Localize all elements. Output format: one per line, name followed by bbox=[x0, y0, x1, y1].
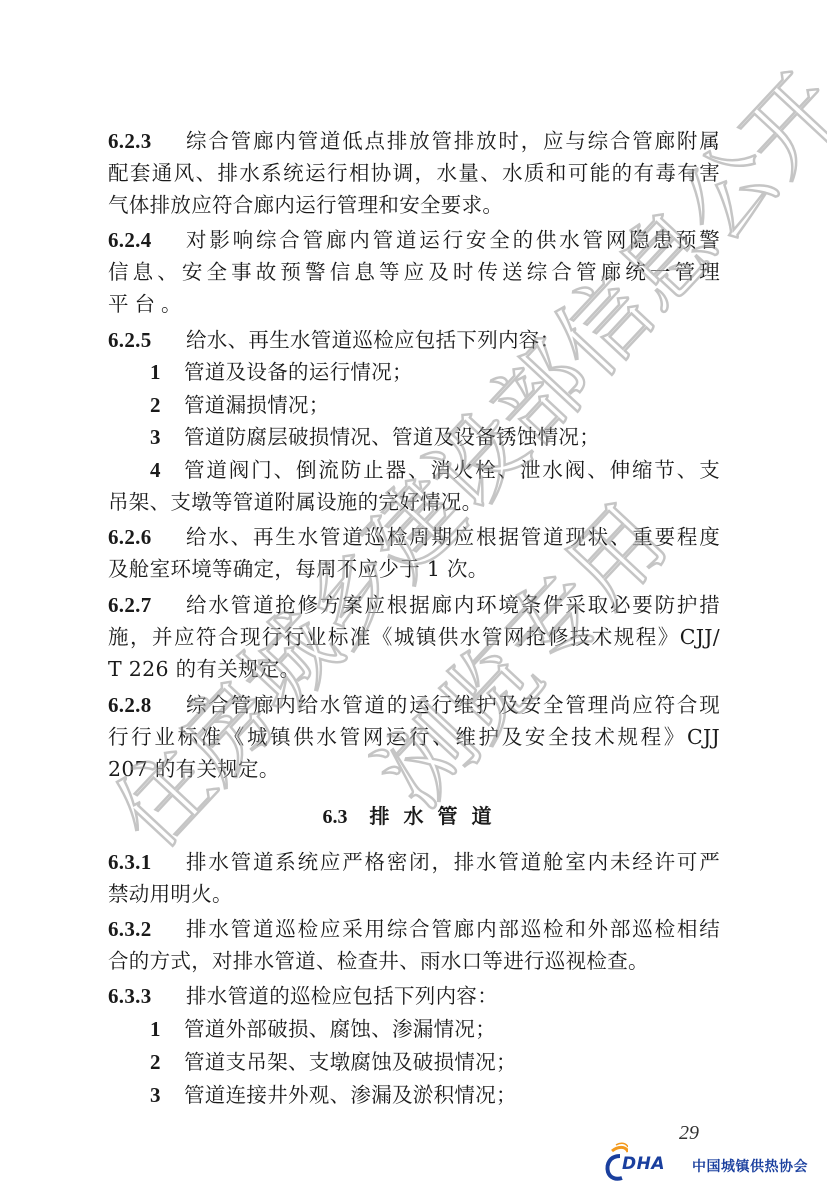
clause-6-3-3-line-1: 6.3.3排水管道的巡检应包括下列内容： bbox=[108, 983, 498, 1009]
list-item-text: 吊架、支墩等管道附属设施的完好情况。 bbox=[108, 489, 482, 515]
clause-6-2-6-line-1: 6.2.6给水、再生水管道巡检周期应根据管道现状、重要程度 bbox=[108, 524, 720, 550]
clause-number: 6.2.8 bbox=[108, 692, 186, 718]
clause-number: 6.2.5 bbox=[108, 327, 186, 353]
clause-text: 给水、再生水管道巡检应包括下列内容： bbox=[186, 328, 560, 352]
clause-text: 排水管道巡检应采用综合管廊内部巡检和外部巡检相结 bbox=[186, 916, 720, 942]
list-item: 1管道外部破损、腐蚀、渗漏情况； bbox=[108, 1016, 496, 1042]
list-item-number: 3 bbox=[108, 424, 184, 450]
list-item: 2管道支吊架、支墩腐蚀及破损情况； bbox=[108, 1049, 517, 1075]
cdha-logo: DHA 中国城镇供热协会 bbox=[604, 1142, 824, 1182]
clause-6-2-5-line-1: 6.2.5给水、再生水管道巡检应包括下列内容： bbox=[108, 327, 560, 353]
clause-text: 禁动用明火。 bbox=[108, 881, 233, 907]
clause-number: 6.2.4 bbox=[108, 227, 186, 253]
clause-6-2-4-line-1: 6.2.4对影响综合管廊内管道运行安全的供水管网隐患预警 bbox=[108, 227, 720, 253]
clause-text: 合的方式，对排水管道、检查井、雨水口等进行巡视检查。 bbox=[108, 948, 649, 974]
list-item-text: 管道漏损情况； bbox=[184, 393, 330, 417]
clause-text: 平台。 bbox=[108, 291, 188, 317]
clause-number: 6.2.3 bbox=[108, 128, 186, 154]
list-item-number: 3 bbox=[108, 1082, 184, 1108]
clause-6-3-2-line-1: 6.3.2排水管道巡检应采用综合管廊内部巡检和外部巡检相结 bbox=[108, 916, 720, 942]
list-item-text: 管道支吊架、支墩腐蚀及破损情况； bbox=[184, 1050, 517, 1074]
clause-text: 信息、安全事故预警信息等应及时传送综合管廊统一管理 bbox=[108, 259, 720, 285]
section-title: 排水管道 bbox=[370, 804, 506, 828]
clause-number: 6.3.3 bbox=[108, 983, 186, 1009]
clause-number: 6.2.7 bbox=[108, 592, 186, 618]
list-item: 3管道连接井外观、渗漏及淤积情况； bbox=[108, 1082, 517, 1108]
list-item: 4管道阀门、倒流防止器、消火栓、泄水阀、伸缩节、支 bbox=[108, 457, 720, 483]
clause-6-2-8-line-1: 6.2.8综合管廊内给水管道的运行维护及安全管理尚应符合现 bbox=[108, 692, 720, 718]
clause-6-2-3-line-1: 6.2.3综合管廊内管道低点排放管排放时，应与综合管廊附属 bbox=[108, 128, 720, 154]
clause-text: 给水管道抢修方案应根据廊内环境条件采取必要防护措 bbox=[186, 592, 720, 618]
list-item-number: 2 bbox=[108, 392, 184, 418]
clause-number: 6.3.1 bbox=[108, 849, 186, 875]
list-item: 2管道漏损情况； bbox=[108, 392, 330, 418]
list-item-number: 2 bbox=[108, 1049, 184, 1075]
clause-6-2-7-line-1: 6.2.7给水管道抢修方案应根据廊内环境条件采取必要防护措 bbox=[108, 592, 720, 618]
list-item-text: 管道连接井外观、渗漏及淤积情况； bbox=[184, 1083, 517, 1107]
clause-text: 排水管道系统应严格密闭，排水管道舱室内未经许可严 bbox=[186, 849, 720, 875]
list-item-number: 1 bbox=[108, 359, 184, 385]
document-page: 6.2.3综合管廊内管道低点排放管排放时，应与综合管廊附属 配套通风、排水系统运… bbox=[0, 0, 827, 1198]
clause-number: 6.2.6 bbox=[108, 524, 186, 550]
list-item-text: 管道外部破损、腐蚀、渗漏情况； bbox=[184, 1017, 496, 1041]
clause-text: 施，并应符合现行行业标准《城镇供水管网抢修技术规程》CJJ/ bbox=[108, 624, 720, 650]
list-item-text: 管道及设备的运行情况； bbox=[184, 360, 413, 384]
clause-text: 及舱室环境等确定，每周不应少于 1 次。 bbox=[108, 556, 489, 582]
clause-text: 综合管廊内给水管道的运行维护及安全管理尚应符合现 bbox=[186, 692, 720, 718]
clause-number: 6.3.2 bbox=[108, 916, 186, 942]
clause-text: 207 的有关规定。 bbox=[108, 756, 280, 782]
clause-text: 对影响综合管廊内管道运行安全的供水管网隐患预警 bbox=[186, 227, 720, 253]
logo-text-en: DHA bbox=[622, 1154, 665, 1174]
section-number: 6.3 bbox=[323, 806, 348, 828]
list-item: 3管道防腐层破损情况、管道及设备锈蚀情况； bbox=[108, 424, 600, 450]
clause-text: 排水管道的巡检应包括下列内容： bbox=[186, 984, 498, 1008]
list-item-number: 1 bbox=[108, 1016, 184, 1042]
logo-text-cn: 中国城镇供热协会 bbox=[692, 1156, 808, 1176]
clause-text: 行行业标准《城镇供水管网运行、维护及安全技术规程》CJJ bbox=[108, 724, 720, 750]
list-item-text: 管道阀门、倒流防止器、消火栓、泄水阀、伸缩节、支 bbox=[184, 457, 720, 483]
clause-text: 综合管廊内管道低点排放管排放时，应与综合管廊附属 bbox=[186, 128, 720, 154]
clause-text: 给水、再生水管道巡检周期应根据管道现状、重要程度 bbox=[186, 524, 720, 550]
list-item-number: 4 bbox=[108, 457, 184, 483]
list-item-text: 管道防腐层破损情况、管道及设备锈蚀情况； bbox=[184, 425, 600, 449]
clause-6-3-1-line-1: 6.3.1排水管道系统应严格密闭，排水管道舱室内未经许可严 bbox=[108, 849, 720, 875]
clause-text: 配套通风、排水系统运行相协调，水量、水质和可能的有毒有害 bbox=[108, 160, 720, 186]
clause-text: 气体排放应符合廊内运行管理和安全要求。 bbox=[108, 192, 503, 218]
section-heading: 6.3排水管道 bbox=[108, 803, 720, 830]
clause-text: T 226 的有关规定。 bbox=[108, 656, 300, 682]
list-item: 1管道及设备的运行情况； bbox=[108, 359, 413, 385]
